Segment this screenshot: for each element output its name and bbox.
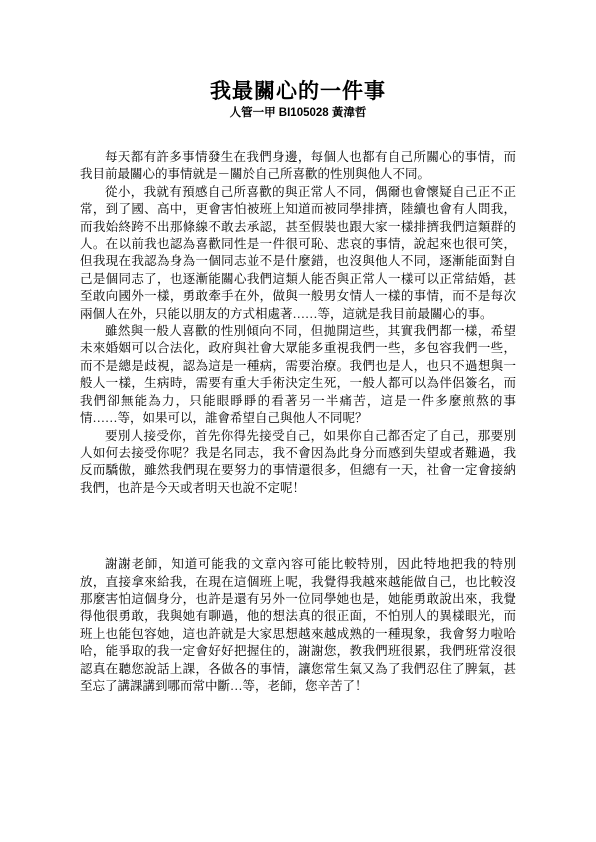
document-page: 我最關心的一件事 人管一甲 BI105028 黃湋哲 每天都有許多事情發生在我們… [0, 0, 596, 842]
essay-body: 每天都有許多事情發生在我們身邊，每個人也都有自己所關心的事情，而我目前最關心的事… [80, 149, 516, 695]
page-title: 我最關心的一件事 [0, 78, 596, 104]
essay-paragraph: 從小，我就有預感自己所喜歡的與正常人不同，偶爾也會懷疑自己正不正常，到了國、高中… [80, 184, 516, 323]
essay-paragraph: 要別人接受你，首先你得先接受自己，如果你自己都否定了自己，那要別人如何去接受你呢… [80, 428, 516, 498]
essay-paragraph: 雖然與一般人喜歡的性別傾向不同，但拋開這些，其實我們都一樣，希望未來婚姻可以合法… [80, 323, 516, 427]
author-line: 人管一甲 BI105028 黃湋哲 [0, 106, 596, 121]
closing-note-paragraph: 謝謝老師，知道可能我的文章內容可能比較特別，因此特地把我的特別放，直接拿來給我，… [80, 556, 516, 695]
essay-paragraph: 每天都有許多事情發生在我們身邊，每個人也都有自己所關心的事情，而我目前最關心的事… [80, 149, 516, 184]
